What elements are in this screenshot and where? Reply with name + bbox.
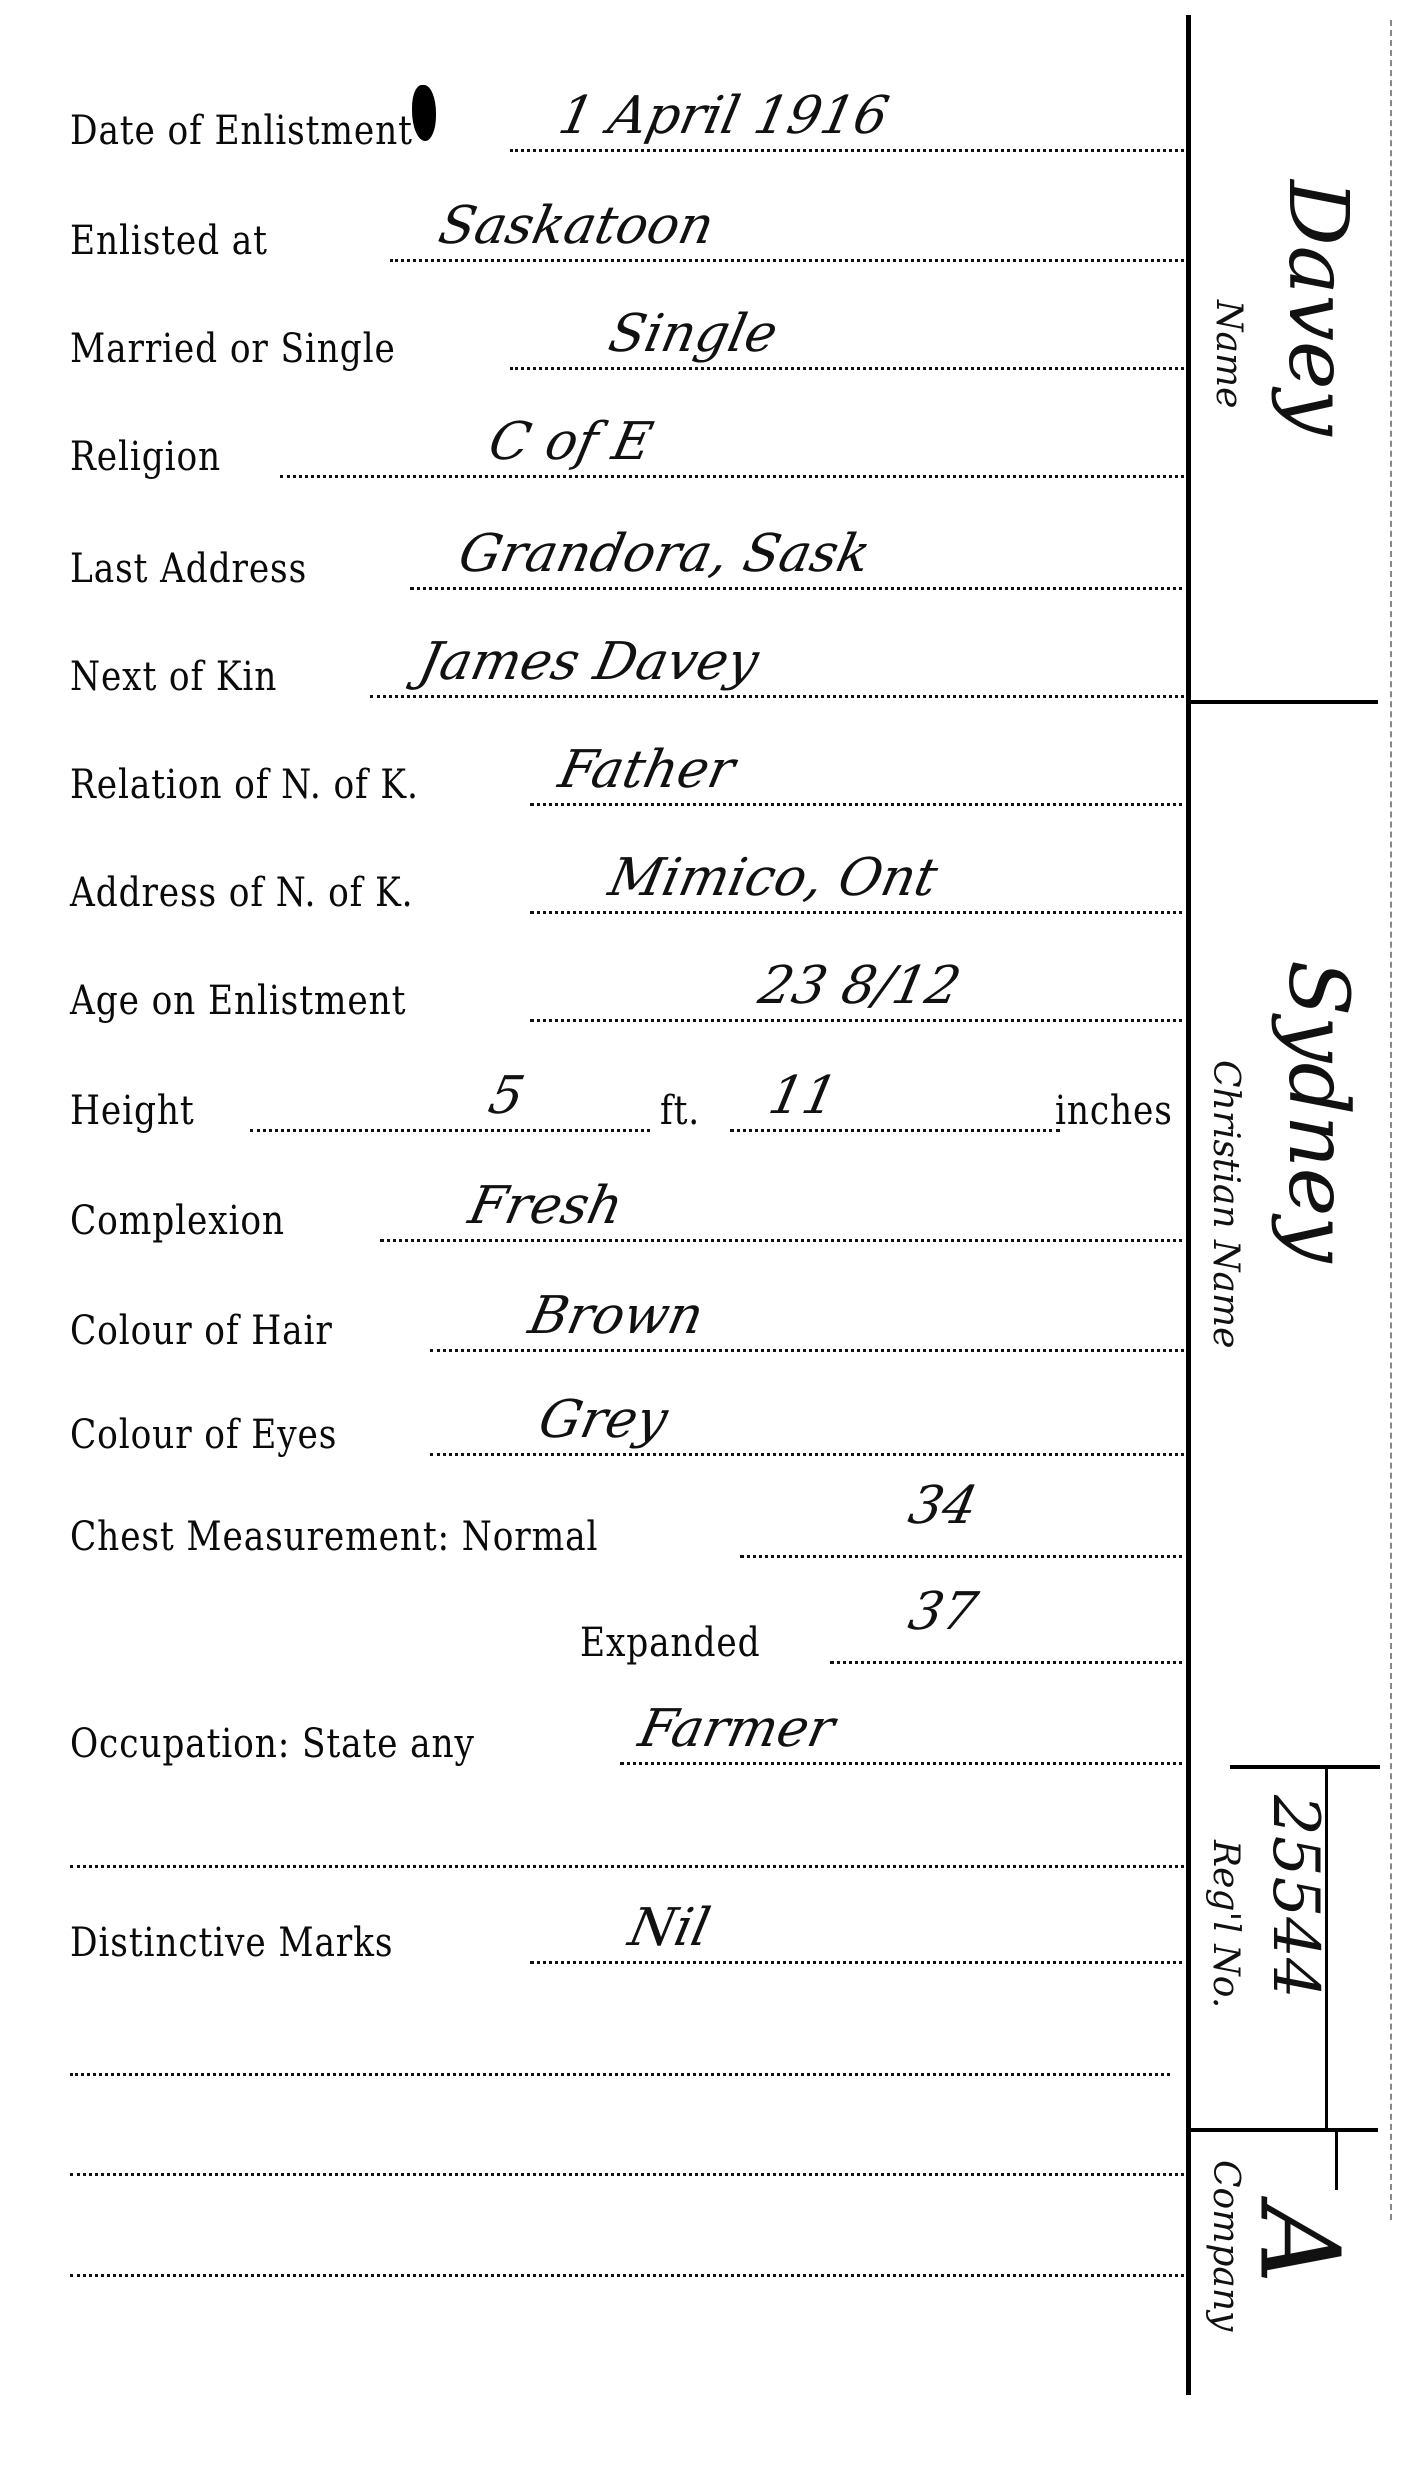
field-label: Age on Enlistment — [70, 978, 406, 1024]
field-complexion: Complexion Fresh — [70, 1190, 1190, 1250]
dotted-line — [280, 475, 1190, 478]
dotted-line — [70, 1865, 1190, 1868]
field-value: Saskatoon — [434, 196, 720, 256]
field-value: C of E — [484, 412, 658, 472]
field-label: Relation of N. of K. — [70, 762, 419, 808]
regl-no-value: 25544 — [1258, 1795, 1332, 1999]
regl-no-label: Reg'l No. — [1205, 1840, 1246, 2008]
dotted-line — [70, 2073, 1170, 2076]
field-value: Father — [554, 740, 740, 800]
dotted-line — [530, 1961, 1190, 1964]
dotted-line — [530, 1019, 1190, 1022]
feet-unit-label: ft. — [660, 1088, 700, 1134]
attestation-card: Date of Enlistment 1 April 1916 Enlisted… — [0, 0, 1413, 2485]
surname-value: Davey — [1270, 180, 1365, 436]
field-age-on-enlistment: Age on Enlistment 23 8/12 — [70, 970, 1190, 1030]
field-religion: Religion C of E — [70, 426, 1190, 486]
field-label: Date of Enlistment — [70, 108, 413, 154]
field-value: Brown — [524, 1286, 709, 1346]
field-label: Last Address — [70, 546, 307, 592]
field-last-address: Last Address Grandora, Sask — [70, 538, 1190, 598]
field-chest-normal: Chest Measurement: Normal 34 — [70, 1506, 1190, 1566]
field-value: Grandora, Sask — [454, 524, 876, 584]
field-label: Married or Single — [70, 326, 396, 372]
field-value: 1 April 1916 — [554, 86, 894, 146]
name-section-divider — [1188, 700, 1378, 704]
dotted-line — [370, 695, 1190, 698]
field-label: Colour of Hair — [70, 1308, 333, 1354]
field-occupation: Occupation: State any Farmer — [70, 1713, 1190, 1773]
field-next-of-kin: Next of Kin James Davey — [70, 646, 1190, 706]
company-section-divider — [1188, 2128, 1378, 2132]
field-value: James Davey — [414, 632, 764, 692]
blank-line — [70, 2024, 1190, 2084]
field-value: Single — [604, 304, 783, 364]
dotted-line — [530, 911, 1190, 914]
field-address-of-nok: Address of N. of K. Mimico, Ont — [70, 862, 1190, 922]
company-value: A — [1236, 2204, 1364, 2283]
field-value: Farmer — [634, 1699, 840, 1759]
field-value: Fresh — [464, 1176, 629, 1236]
field-value: 34 — [904, 1476, 983, 1536]
inches-unit-label: inches — [1055, 1088, 1173, 1134]
dotted-line — [70, 2173, 1190, 2176]
field-height: Height 5 ft. 11 inches — [70, 1080, 1190, 1140]
dotted-line — [390, 259, 1190, 262]
regl-section-top-divider — [1230, 1765, 1380, 1769]
field-colour-of-eyes: Colour of Eyes Grey — [70, 1404, 1190, 1464]
dotted-line — [70, 2274, 1190, 2277]
field-enlisted-at: Enlisted at Saskatoon — [70, 210, 1190, 270]
dotted-line — [620, 1762, 1190, 1765]
dotted-line — [380, 1239, 1190, 1242]
dotted-line — [430, 1453, 1190, 1456]
company-inner-rule — [1335, 2130, 1338, 2190]
christian-name-value: Sydney — [1270, 960, 1365, 1263]
christian-name-label: Christian Name — [1205, 1060, 1246, 1348]
field-value: Grey — [534, 1390, 673, 1450]
name-label: Name — [1208, 300, 1249, 408]
field-label: Religion — [70, 434, 221, 480]
field-label: Expanded — [580, 1620, 760, 1666]
field-occupation-continued — [70, 1816, 1190, 1876]
field-label: Chest Measurement: Normal — [70, 1514, 598, 1560]
field-value: Nil — [624, 1898, 716, 1958]
dotted-line — [830, 1661, 1190, 1664]
field-colour-of-hair: Colour of Hair Brown — [70, 1300, 1190, 1360]
dotted-line — [510, 149, 1190, 152]
field-chest-expanded: Expanded 37 — [70, 1612, 1190, 1672]
card-edge — [1390, 20, 1394, 2220]
dotted-line — [740, 1555, 1190, 1558]
dotted-line — [430, 1349, 1190, 1352]
field-label: Address of N. of K. — [70, 870, 413, 916]
field-label: Distinctive Marks — [70, 1920, 393, 1966]
field-label: Occupation: State any — [70, 1721, 475, 1767]
field-value: Mimico, Ont — [604, 848, 943, 908]
field-value: 37 — [904, 1582, 983, 1642]
field-relation-of-nok: Relation of N. of K. Father — [70, 754, 1190, 814]
field-label: Colour of Eyes — [70, 1412, 337, 1458]
field-date-of-enlistment: Date of Enlistment 1 April 1916 — [70, 100, 1190, 160]
height-inches-value: 11 — [764, 1066, 843, 1126]
dotted-line — [530, 803, 1190, 806]
field-label: Next of Kin — [70, 654, 277, 700]
field-married-or-single: Married or Single Single — [70, 318, 1190, 378]
field-distinctive-marks: Distinctive Marks Nil — [70, 1912, 1190, 1972]
field-label: Complexion — [70, 1198, 285, 1244]
field-label: Enlisted at — [70, 218, 268, 264]
height-feet-value: 5 — [484, 1066, 530, 1126]
main-vertical-rule — [1186, 15, 1191, 2395]
field-value: 23 8/12 — [754, 956, 966, 1016]
blank-line — [70, 2124, 1190, 2184]
blank-line — [70, 2225, 1190, 2285]
dotted-line — [510, 367, 1190, 370]
dotted-line — [250, 1129, 650, 1132]
field-label: Height — [70, 1088, 195, 1134]
dotted-line — [410, 587, 1190, 590]
dotted-line — [730, 1129, 1060, 1132]
